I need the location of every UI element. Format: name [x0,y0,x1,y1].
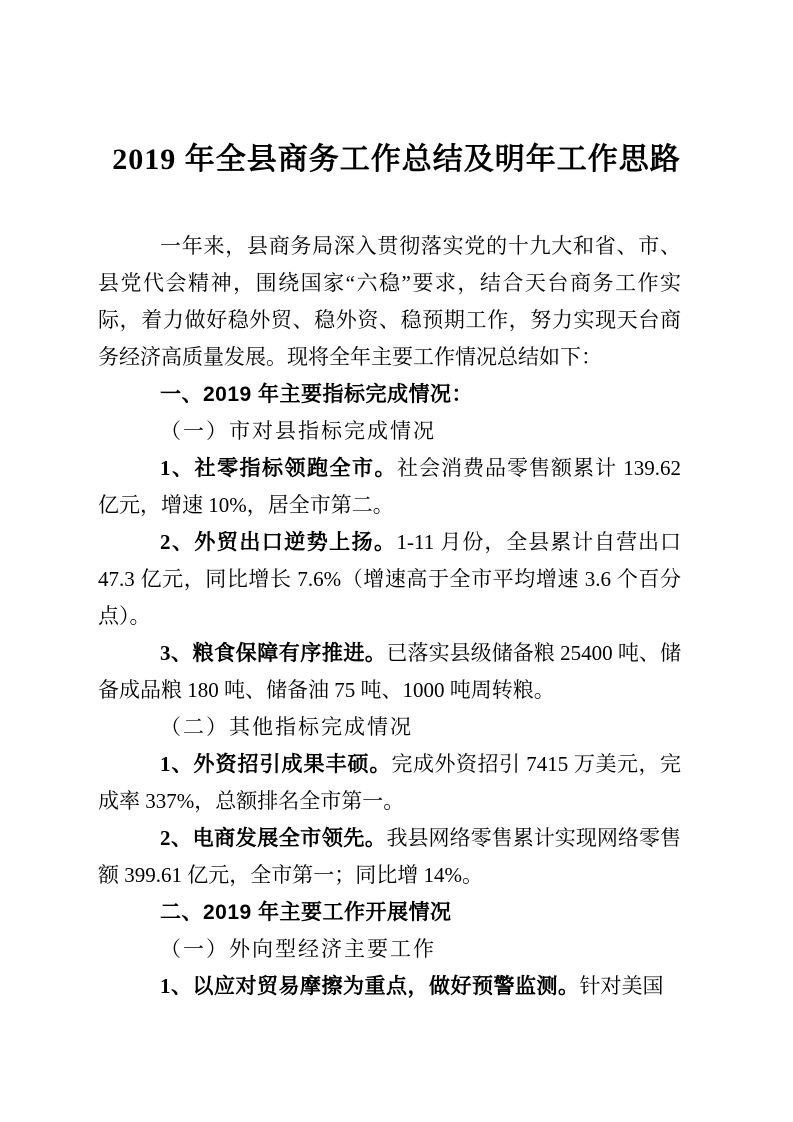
item-lead: 1、社零指标领跑全市。 [160,456,397,480]
item-lead: 3、粮食保障有序推进。 [160,641,386,665]
item-text: 针对美国 [580,974,664,998]
item-paragraph-foreign-investment: 1、外资招引成果丰硕。完成外资招引 7415 万美元，完成率 337%，总额排名… [98,746,681,820]
item-paragraph-grain-reserve: 3、粮食保障有序推进。已落实县级储备粮 25400 吨、储备成品粮 180 吨、… [98,635,681,709]
document-page: 2019 年全县商务工作总结及明年工作思路 一年来，县商务局深入贯彻落实党的十九… [0,0,793,1122]
document-body: 一年来，县商务局深入贯彻落实党的十九大和省、市、县党代会精神，围绕国家“六稳”要… [98,228,681,1005]
document-title: 2019 年全县商务工作总结及明年工作思路 [0,0,793,179]
item-paragraph-trade-friction: 1、以应对贸易摩擦为重点，做好预警监测。针对美国 [98,968,681,1005]
item-paragraph-foreign-trade: 2、外贸出口逆势上扬。1-11 月份，全县累计自营出口 47.3 亿元，同比增长… [98,524,681,635]
item-lead: 2、外贸出口逆势上扬。 [160,530,397,554]
item-paragraph-ecommerce: 2、电商发展全市领先。我县网络零售累计实现网络零售额 399.61 亿元，全市第… [98,820,681,894]
section2-sub1-heading: （一）外向型经济主要工作 [98,931,681,968]
section1-heading: 一、2019 年主要指标完成情况： [98,376,681,413]
item-lead: 1、外资招引成果丰硕。 [160,752,392,776]
item-lead: 2、电商发展全市领先。 [160,826,386,850]
section1-sub2-heading: （二）其他指标完成情况 [98,709,681,746]
section1-sub1-heading: （一）市对县指标完成情况 [98,413,681,450]
item-paragraph-social-retail: 1、社零指标领跑全市。社会消费品零售额累计 139.62 亿元，增速 10%，居… [98,450,681,524]
intro-paragraph: 一年来，县商务局深入贯彻落实党的十九大和省、市、县党代会精神，围绕国家“六稳”要… [98,228,681,376]
item-lead: 1、以应对贸易摩擦为重点，做好预警监测。 [160,974,580,998]
section2-heading: 二、2019 年主要工作开展情况 [98,894,681,931]
